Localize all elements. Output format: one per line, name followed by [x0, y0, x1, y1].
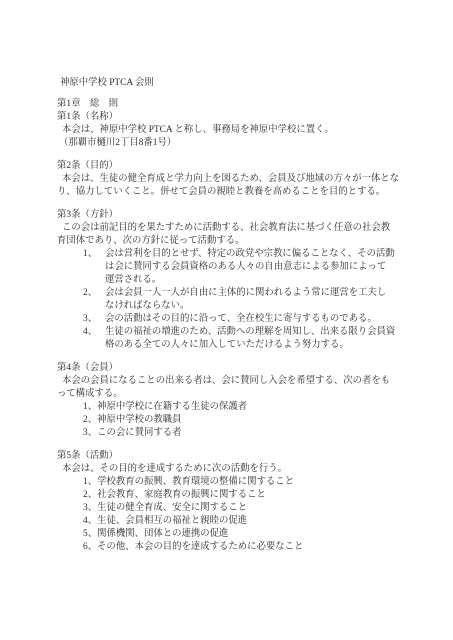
list-item: 2、社会教育、家庭教育の振興に関すること — [83, 489, 453, 502]
document-content: 神原中学校 PTCA 会則 第1章 総 則 第1条（名称） 本会は、神原中学校 … — [0, 0, 453, 554]
list-item-continuation: 格のある全ての人々に加入していただけるよう努力する。 — [105, 339, 453, 352]
spacer — [0, 150, 453, 160]
list-item-number: 6、 — [83, 542, 97, 552]
list-item-number: 2、 — [83, 287, 105, 300]
list-item: 1、学校教育の振興、教育環境の整備に関すること — [83, 476, 453, 489]
list-item-text: 生徒、会員相互の福祉と親睦の促進 — [97, 516, 247, 526]
list-item-number: 4、 — [83, 516, 97, 526]
list-item: 1、会は営利を目的とせず、特定の政党や宗教に偏ることなく、その活動 — [83, 248, 453, 261]
list-item-number: 2、 — [83, 490, 97, 500]
list-item: 3、生徒の健全育成、安全に関すること — [83, 502, 453, 515]
article-1-body-line: 本会は、神原中学校 PTCA と称し、事務局を神原中学校に置く。 — [62, 124, 453, 137]
list-item-number: 3、 — [83, 503, 97, 513]
list-item-text: 会の活動はその目的に沿って、全在校生に寄与するものである。 — [105, 314, 377, 324]
article-4-body-line: 本会の会員になることの出来る者は、会に賛同し入会を希望する、次の者をも — [62, 375, 453, 388]
list-item-text: 学校教育の振興、教育環境の整備に関すること — [97, 477, 294, 487]
list-item-text: 会は営利を目的とせず、特定の政党や宗教に偏ることなく、その活動 — [105, 249, 395, 259]
article-3-body-line: この会は前記目的を果たすために活動する、社会教育法に基づく任意の社会教 — [62, 222, 453, 235]
document-title: 神原中学校 PTCA 会則 — [60, 77, 453, 90]
article-2-body-line: り、協力していくこと。併せて会員の親睦と教養を高めることを目的とする。 — [57, 186, 453, 199]
article-1-address-line: （那覇市樋川2丁目8番1号） — [59, 137, 453, 150]
list-item-number: 1、 — [83, 477, 97, 487]
list-item: 3、この会に賛同する者 — [83, 427, 453, 440]
list-item-continuation: なければならない。 — [105, 300, 453, 313]
list-item-number: 1、 — [83, 402, 97, 412]
list-item-number: 4、 — [83, 326, 105, 339]
spacer — [0, 352, 453, 362]
list-item-continuation: は会に賛同する会員資格のある人々の自由意志による参加によって — [105, 261, 453, 274]
spacer — [0, 440, 453, 450]
article-4-heading: 第4条（会員） — [57, 362, 453, 375]
list-item: 2、神原中学校の教職員 — [83, 414, 453, 427]
article-2-body-line: 本会は、生徒の健全育成と学力向上を図るため、会員及び地域の方々が一体とな — [62, 173, 453, 186]
list-item: 1、神原中学校に在籍する生徒の保護者 — [83, 401, 453, 414]
list-item-number: 3、 — [83, 313, 105, 326]
list-item-text: 神原中学校に在籍する生徒の保護者 — [97, 402, 247, 412]
spacer — [0, 199, 453, 209]
list-item-text: 神原中学校の教職員 — [97, 415, 181, 425]
list-item-number: 1、 — [83, 248, 105, 261]
article-5-body-line: 本会は、その目的を達成するために次の活動を行う。 — [62, 463, 453, 476]
list-item-text: 生徒の健全育成、安全に関すること — [97, 503, 247, 513]
list-item-text: この会に賛同する者 — [97, 428, 181, 438]
article-3-body-line: 育団体であり、次の方針に従って活動する。 — [57, 235, 453, 248]
chapter-heading: 第1章 総 則 — [57, 98, 453, 111]
article-5-heading: 第5条（活動） — [57, 450, 453, 463]
list-item-number: 2、 — [83, 415, 97, 425]
list-item: 4、生徒、会員相互の福祉と親睦の促進 — [83, 515, 453, 528]
list-item: 6、その他、本会の目的を達成するために必要なこと — [83, 541, 453, 554]
list-item: 2、会は会員一人一人が自由に主体的に関われるよう常に運営を工夫し — [83, 287, 453, 300]
list-item-text: 社会教育、家庭教育の振興に関すること — [97, 490, 266, 500]
list-item: 3、会の活動はその目的に沿って、全在校生に寄与するものである。 — [83, 313, 453, 326]
list-item-text: 関係機関、団体との連携の促進 — [97, 529, 228, 539]
list-item-text: 生徒の福祉の増進のため、活動への理解を周知し、出来る限り会員資 — [105, 327, 395, 337]
list-item: 4、生徒の福祉の増進のため、活動への理解を周知し、出来る限り会員資 — [83, 326, 453, 339]
article-2-heading: 第2条（目的） — [57, 160, 453, 173]
list-item-number: 5、 — [83, 529, 97, 539]
spacer — [0, 90, 453, 98]
list-item-text: 会は会員一人一人が自由に主体的に関われるよう常に運営を工夫し — [105, 288, 386, 298]
list-item-continuation: 運営される。 — [105, 274, 453, 287]
list-item: 5、関係機関、団体との連携の促進 — [83, 528, 453, 541]
document-page: 神原中学校 PTCA 会則 第1章 総 則 第1条（名称） 本会は、神原中学校 … — [0, 0, 453, 640]
article-1-heading: 第1条（名称） — [57, 111, 453, 124]
list-item-number: 3、 — [83, 428, 97, 438]
list-item-text: その他、本会の目的を達成するために必要なこと — [97, 542, 303, 552]
article-4-body-line: って構成する。 — [57, 388, 453, 401]
article-3-heading: 第3条（方針） — [57, 209, 453, 222]
